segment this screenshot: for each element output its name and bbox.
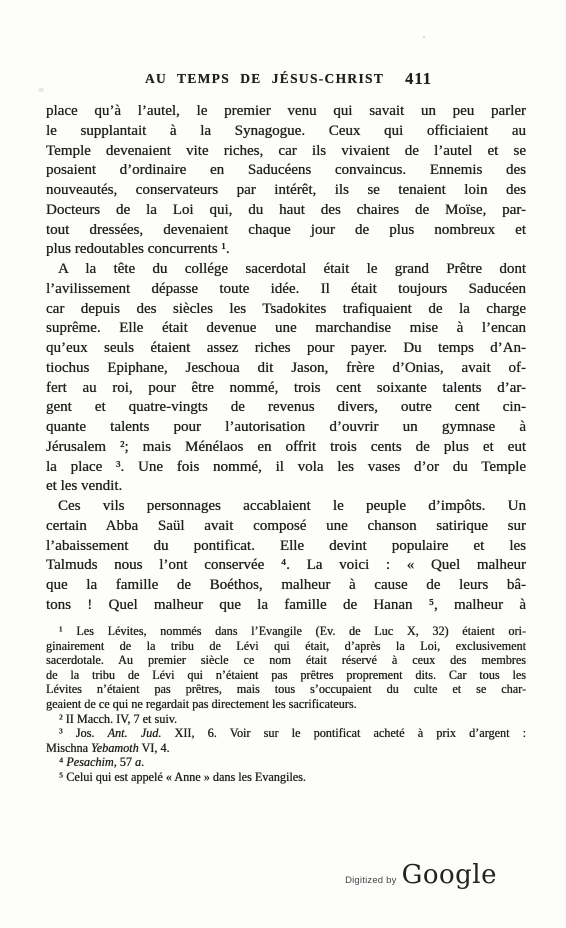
text-line: tiochus Epiphane, Jeschoua dit Jason, fr… [46,359,526,379]
text-line: que la famille de Boéthos, malheur à cau… [46,576,526,596]
text-line: fert au roi, pour être nommé, trois cent… [46,379,526,399]
text-line: ⁴ Pesachim, 57 a. [46,755,526,770]
paragraph: Ces vils personnages accablaient le peup… [46,497,526,616]
text-line: Jérusalem ²; mais Ménélaos en offrit tro… [46,438,526,458]
text-line: nouveautés, conservateurs par intérêt, i… [46,181,526,201]
scan-speck [423,36,425,38]
paragraph: A la tête du collége sacerdotal était le… [46,260,526,497]
text-line: Docteurs de la Loi qui, du haut des chai… [46,201,526,221]
book-page-scan: AU TEMPS DE JÉSUS-CHRIST 411 place qu’à … [0,0,566,928]
text-line: l’avilissement dépasse toute idée. Il ét… [46,280,526,300]
text-line: et les vendit. [46,477,526,497]
text-line: Ces vils personnages accablaient le peup… [46,497,526,517]
paragraph: place qu’à l’autel, le premier venu qui … [46,102,526,260]
text-line: posaient d’ordinaire en Saducéens convai… [46,161,526,181]
text-line: plus redoutables concurrents ¹. [46,240,526,260]
text-line: Mischna Yebamoth VI, 4. [46,741,526,756]
body-text: place qu’à l’autel, le premier venu qui … [46,102,526,616]
text-line: de la tribu de Lévi qui n’étaient pas pr… [46,668,526,683]
text-line: la place ³. Une fois nommé, il vola les … [46,458,526,478]
text-line: ³ Jos. Ant. Jud. XII, 6. Voir sur le pon… [46,726,526,741]
footnote: ¹ Les Lévites, nommés dans l’Evangile (E… [46,624,526,712]
text-line: l’abaissement du pontificat. Elle devint… [46,537,526,557]
text-line: ⁵ Celui qui est appelé « Anne » dans les… [46,770,526,785]
text-line: Temple devenaient vite riches, car ils v… [46,142,526,162]
text-line: certain Abba Saül avait composé une chan… [46,517,526,537]
scan-speck [38,88,44,92]
digitized-by-label: Digitized by [345,875,397,886]
text-line: car depuis des siècles les Tsadokites tr… [46,300,526,320]
text-line: Lévites n’étaient pas prêtres, mais tous… [46,682,526,697]
page-number: 411 [405,69,432,89]
text-line: qu’eux seuls étaient assez riches pour p… [46,339,526,359]
text-line: le supplantait à la Synagogue. Ceux qui … [46,122,526,142]
text-line: gent et quatre-vingts de revenus divers,… [46,398,526,418]
text-line: A la tête du collége sacerdotal était le… [46,260,526,280]
digitization-watermark: Digitized by Google [345,860,497,890]
google-logo: Google [402,860,497,890]
running-header: AU TEMPS DE JÉSUS-CHRIST 411 [46,69,526,89]
text-line: place qu’à l’autel, le premier venu qui … [46,102,526,122]
text-line: tout dressées, devenaient chaque jour de… [46,221,526,241]
text-line: tons ! Quel malheur que la famille de Ha… [46,596,526,616]
text-line: Talmuds nous l’ont conservée ⁴. La voici… [46,556,526,576]
footnote: ⁵ Celui qui est appelé « Anne » dans les… [46,770,526,785]
text-line: quante talents pour l’autorisation d’ouv… [46,418,526,438]
footnote: ³ Jos. Ant. Jud. XII, 6. Voir sur le pon… [46,726,526,755]
text-line: sacerdotale. Au premier siècle ce nom ét… [46,653,526,668]
text-line: suprême. Elle était devenue une marchand… [46,319,526,339]
text-line: ¹ Les Lévites, nommés dans l’Evangile (E… [46,624,526,639]
text-line: ² II Macch. IV, 7 et suiv. [46,712,526,727]
text-line: ginairement de la tribu de Lévi qui étai… [46,639,526,654]
running-title: AU TEMPS DE JÉSUS-CHRIST [145,71,384,87]
text-line: geaient de ce qui ne regardait pas direc… [46,697,526,712]
footnote: ² II Macch. IV, 7 et suiv. [46,712,526,727]
footnote: ⁴ Pesachim, 57 a. [46,755,526,770]
footnotes: ¹ Les Lévites, nommés dans l’Evangile (E… [46,624,526,785]
